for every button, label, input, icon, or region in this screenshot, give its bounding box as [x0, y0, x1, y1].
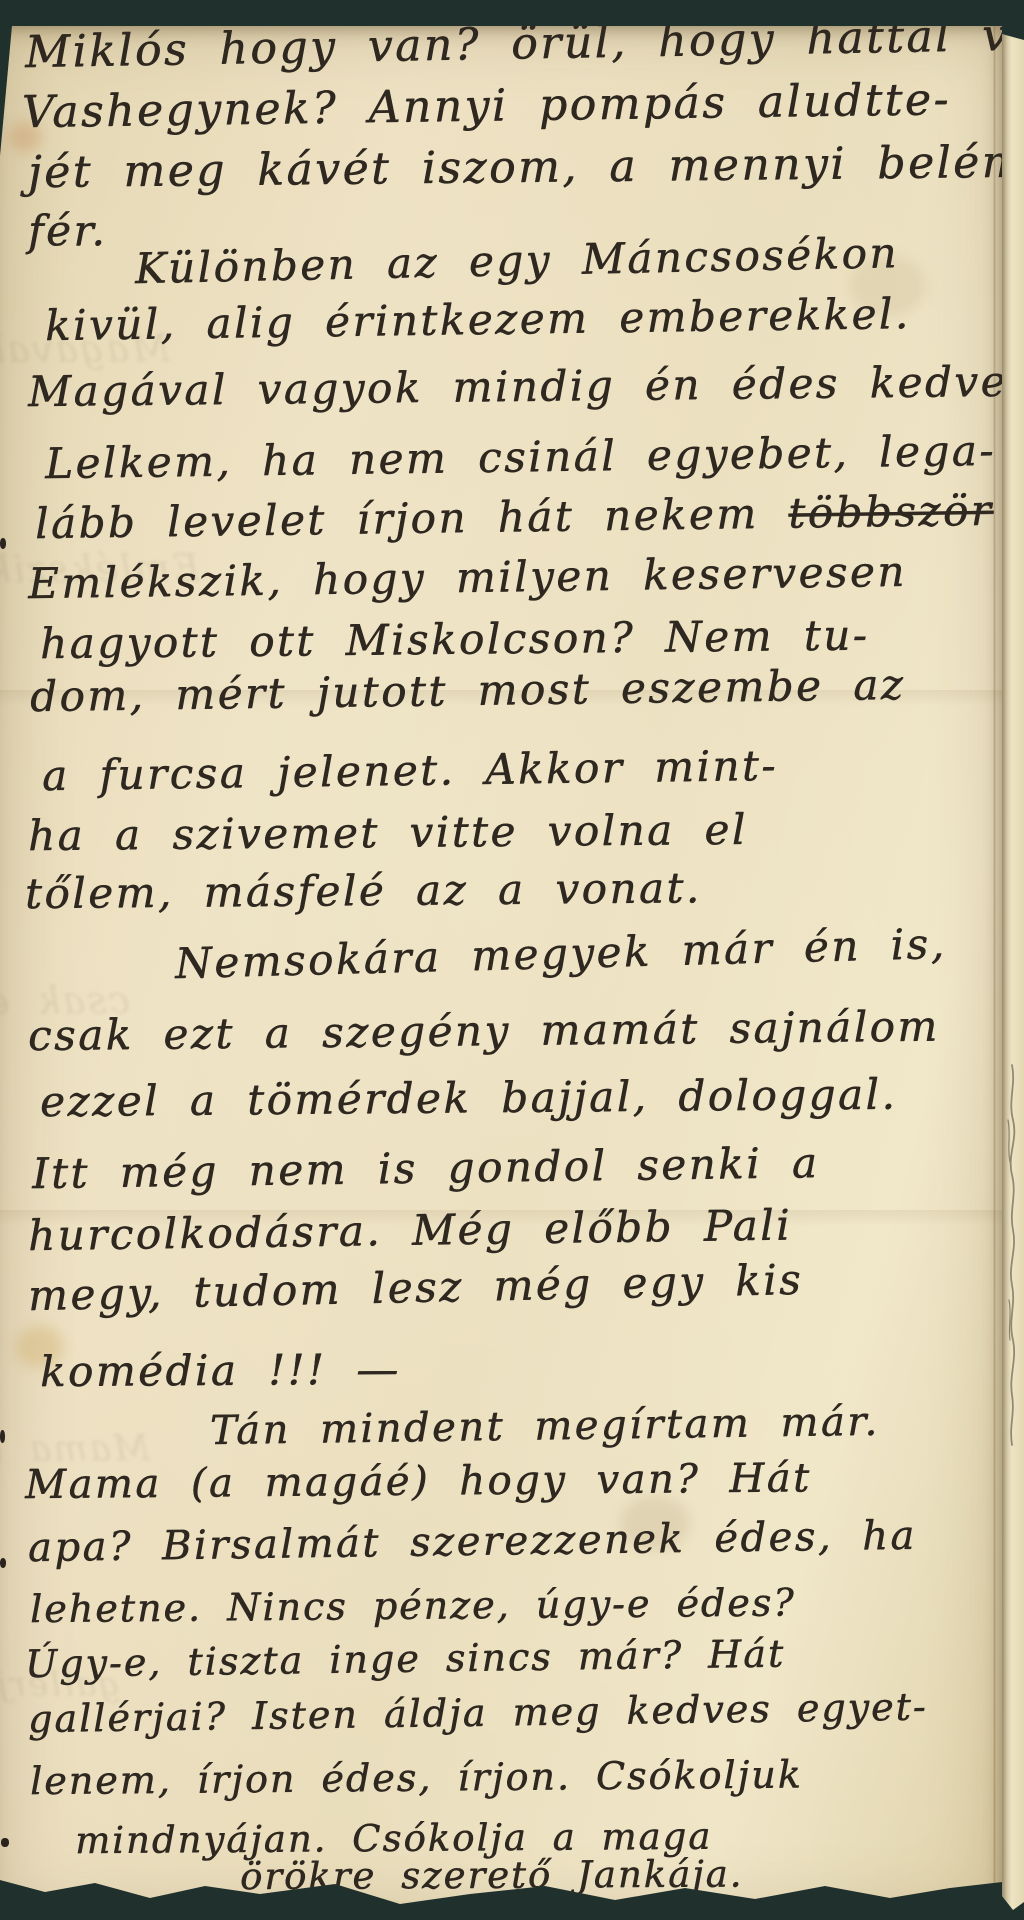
- letter-line-text: Lelkem, ha nem csinál egyebet, lega-: [45, 426, 997, 488]
- letter-line-text: komédia !!! —: [40, 1344, 401, 1396]
- letter-line: Nemsokára megyek már én is,: [174, 920, 947, 988]
- letter-line: Itt még nem is gondol senki a: [32, 1139, 820, 1198]
- letter-line-text: Úgy-e, tiszta inge sincs már? Hát: [25, 1631, 786, 1686]
- letter-line-text: tőlem, másfelé az a vonat.: [25, 863, 702, 918]
- letter-line: hurcolkodásra. Még előbb Pali: [28, 1201, 793, 1260]
- letter-line-text: Emlékszik, hogy milyen keservesen: [28, 547, 907, 608]
- letter-line-text: dom, mért jutott most eszembe az: [30, 660, 906, 721]
- letter-line: tőlem, másfelé az a vonat.: [25, 864, 702, 918]
- letter-line: Tán mindent megírtam már.: [210, 1399, 880, 1454]
- letter-line-text: Különben az egy Máncsosékon: [134, 228, 899, 293]
- letter-line: lenem, írjon édes, írjon. Csókoljuk: [30, 1753, 803, 1803]
- letter-line: Emlékszik, hogy milyen keservesen: [28, 548, 907, 609]
- edge-ink-mark: [0, 538, 6, 549]
- letter-line-text: Itt még nem is gondol senki a: [32, 1138, 820, 1198]
- letter-line: jét meg kávét iszom, a mennyi belém: [28, 138, 1024, 199]
- letter-line: Lelkem, ha nem csinál egyebet, lega-: [45, 427, 997, 489]
- letter-line-text: hagyott ott Miskolcson? Nem tu-: [40, 610, 870, 668]
- letter-line: Magával vagyok mindig én édes kedvesem.: [28, 357, 1024, 417]
- letter-line: megy, tudom lesz még egy kis: [27, 1256, 803, 1321]
- letter-line-text: a furcsa jelenet. Akkor mint-: [42, 741, 779, 800]
- letter-line: komédia !!! —: [40, 1345, 401, 1396]
- scanned-letter-page: Magával vagyok mindig én édes kedvesem.E…: [0, 0, 1024, 1920]
- letter-paper: Magával vagyok mindig én édes kedvesem.E…: [0, 26, 1002, 1920]
- letter-line: Mama (a magáé) hogy van? Hát: [25, 1455, 812, 1508]
- letter-line-text: jét meg kávét iszom, a mennyi belém: [28, 137, 1024, 198]
- letter-line-text: gallérjai? Isten áldja meg kedves egyet-: [28, 1684, 928, 1741]
- letter-line-text: megy, tudom lesz még egy kis: [27, 1255, 803, 1320]
- letter-line-text: lehetne. Nincs pénze, úgy-e édes?: [30, 1580, 796, 1631]
- edge-ink-mark: [1, 1838, 9, 1847]
- margin-writing-marks: [1004, 1060, 1020, 1450]
- letter-line-text: Nemsokára megyek már én is,: [174, 919, 947, 988]
- letter-line: kivül, alig érintkezem emberekkel.: [45, 290, 911, 350]
- right-edge-crease: [993, 26, 996, 1920]
- letter-line-text: Vashegynek? Annyi pompás aludtte-: [22, 74, 951, 138]
- letter-line-text: ezzel a tömérdek bajjal, dologgal.: [40, 1070, 898, 1126]
- letter-line-text: apa? Birsalmát szerezzenek édes, ha: [28, 1513, 917, 1571]
- edge-ink-mark: [0, 1430, 5, 1443]
- letter-line: ezzel a tömérdek bajjal, dologgal.: [40, 1071, 898, 1127]
- letter-line: Vashegynek? Annyi pompás aludtte-: [22, 75, 951, 139]
- letter-line: hagyott ott Miskolcson? Nem tu-: [40, 611, 870, 668]
- letter-line-text: Mama (a magáé) hogy van? Hát: [25, 1455, 812, 1508]
- letter-line: lehetne. Nincs pénze, úgy-e édes?: [30, 1581, 796, 1631]
- letter-line-text: Magával vagyok mindig én édes kedvesem.: [28, 356, 1024, 416]
- letter-line-text: ha a szivemet vitte volna el: [28, 805, 748, 860]
- letter-line-text: csak ezt a szegény mamát sajnálom: [28, 1001, 940, 1060]
- letter-line: örökre szerető Jankája.: [240, 1853, 744, 1898]
- letter-line-text: Tán mindent megírtam már.: [210, 1399, 880, 1454]
- letter-line: lább levelet írjon hát nekem többször: [35, 487, 994, 549]
- letter-line-text: fér.: [28, 206, 107, 255]
- letter-line-text: örökre szerető Jankája.: [240, 1852, 744, 1898]
- letter-line: dom, mért jutott most eszembe az: [30, 661, 906, 722]
- letter-line: gallérjai? Isten áldja meg kedves egyet-: [28, 1685, 928, 1741]
- letter-line-text: lább levelet írjon hát nekem: [35, 488, 789, 548]
- struck-word: többször: [788, 486, 994, 538]
- letter-line: csak ezt a szegény mamát sajnálom: [28, 1002, 940, 1060]
- adjacent-page-edge: [1002, 34, 1024, 1914]
- letter-line-text: Miklós hogy van? örül, hogy háttal van: [25, 9, 1024, 78]
- letter-line: Különben az egy Máncsosékon: [134, 229, 899, 293]
- edge-ink-mark: [0, 1558, 6, 1568]
- letter-line: Úgy-e, tiszta inge sincs már? Hát: [25, 1632, 786, 1686]
- letter-line: a furcsa jelenet. Akkor mint-: [42, 742, 779, 801]
- letter-line: ha a szivemet vitte volna el: [28, 806, 748, 861]
- letter-line-text: hurcolkodásra. Még előbb Pali: [28, 1200, 793, 1260]
- letter-line-text: lenem, írjon édes, írjon. Csókoljuk: [30, 1752, 803, 1803]
- letter-line: apa? Birsalmát szerezzenek édes, ha: [28, 1513, 917, 1571]
- letter-line: fér.: [28, 207, 107, 255]
- letter-line-text: kivül, alig érintkezem emberekkel.: [45, 289, 911, 350]
- letter-line: Miklós hogy van? örül, hogy háttal van: [25, 10, 1024, 79]
